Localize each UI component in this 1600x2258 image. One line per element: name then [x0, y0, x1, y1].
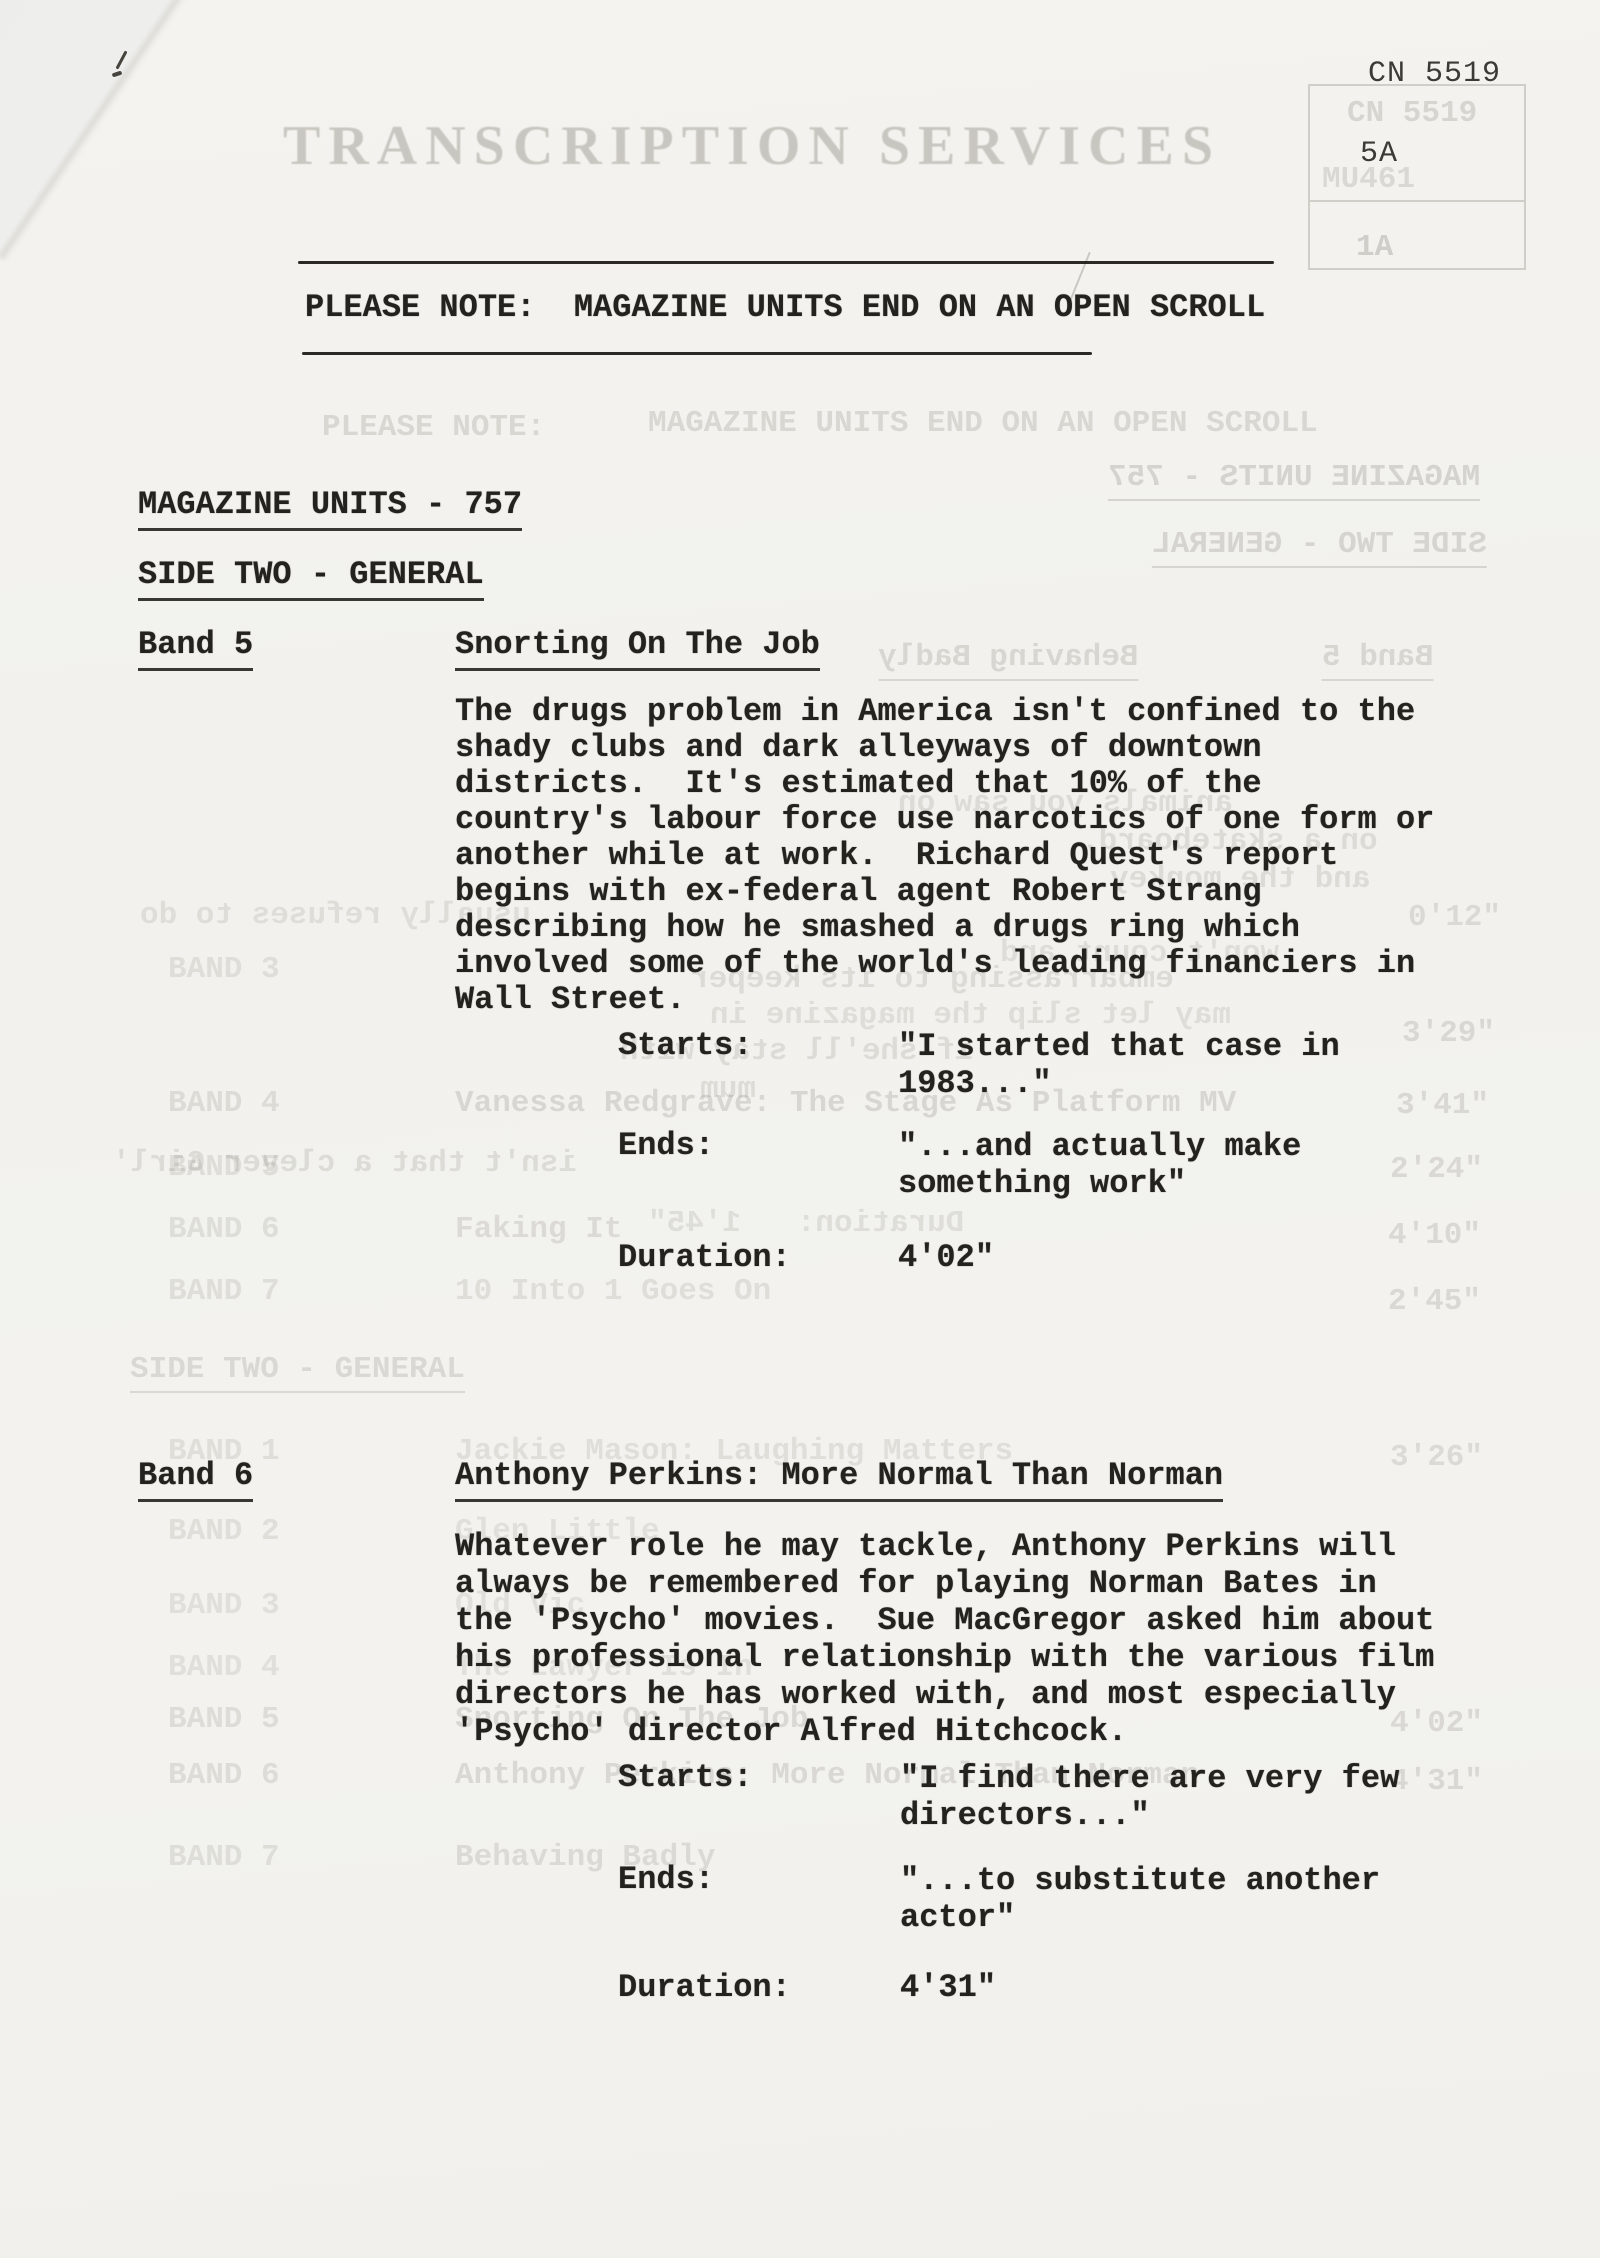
notice-rule-top — [298, 261, 1274, 264]
band5-description: The drugs problem in America isn't confi… — [455, 694, 1434, 1018]
ghost-text: Faking It — [455, 1212, 622, 1247]
ghost-text: BAND 6 — [168, 1758, 280, 1793]
band5-duration-label: Duration: — [618, 1240, 791, 1276]
ghost-text: MAGAZINE UNITS - 757 — [1108, 460, 1480, 501]
ghost-text: BAND 6 — [168, 1212, 280, 1247]
ghost-text: BAND 2 — [168, 1514, 280, 1549]
ghost-text: BAND 3 — [168, 952, 280, 987]
reference-number: CN 5519 — [1368, 56, 1501, 92]
ghost-text: BAND 5 — [168, 1150, 280, 1185]
ghost-text: 1A — [1356, 230, 1393, 265]
band5-ends-value: "...and actually make something work" — [898, 1128, 1301, 1202]
ghost-text: 3'41" — [1396, 1088, 1489, 1123]
band6-ends-value: "...to substitute another actor" — [900, 1862, 1380, 1936]
band5-starts-label: Starts: — [618, 1028, 752, 1064]
band6-description: Whatever role he may tackle, Anthony Per… — [455, 1528, 1434, 1750]
ghost-text: 4'10" — [1388, 1218, 1481, 1253]
ghost-text: 2'45" — [1388, 1284, 1481, 1319]
ghost-text: BAND 7 — [168, 1274, 280, 1309]
ghost-text: 2'24" — [1390, 1152, 1483, 1187]
scanned-document-page: TRANSCRIPTION SERVICES CN 5519MU4611APLE… — [0, 0, 1600, 2258]
ghost-text: MAGAZINE UNITS END ON AN OPEN SCROLL — [648, 406, 1318, 441]
ghost-text: Behaving Badly — [878, 640, 1138, 681]
ghost-text: PLEASE NOTE: — [322, 410, 545, 445]
band6-duration-label: Duration: — [618, 1970, 791, 2006]
document-subtitle: SIDE TWO - GENERAL — [138, 557, 484, 593]
ghost-text: BAND 7 — [168, 1840, 280, 1875]
band5-title: Snorting On The Job — [455, 627, 820, 663]
page-code: 5A — [1360, 136, 1398, 172]
band6-title: Anthony Perkins: More Normal Than Norman — [455, 1458, 1223, 1494]
band5-duration-value: 4'02" — [898, 1240, 994, 1276]
band5-starts-value: "I started that case in 1983..." — [898, 1028, 1340, 1102]
ghost-letterhead: TRANSCRIPTION SERVICES — [283, 114, 1221, 178]
band6-starts-value: "I find there are very few directors..." — [900, 1760, 1399, 1834]
ghost-text: 4'31" — [1390, 1764, 1483, 1799]
ghost-text: 3'26" — [1390, 1440, 1483, 1475]
notice-text: PLEASE NOTE: MAGAZINE UNITS END ON AN OP… — [305, 290, 1265, 326]
notice-rule-bottom — [302, 352, 1092, 355]
band6-ends-label: Ends: — [618, 1862, 714, 1898]
ghost-text: CN 5519 — [1347, 96, 1477, 131]
ghost-text: SIDE TWO - GENERAL — [1152, 527, 1487, 568]
ghost-text: BAND 4 — [168, 1650, 280, 1685]
band6-starts-label: Starts: — [618, 1760, 752, 1796]
ghost-text: Duration: 1'45" — [648, 1206, 964, 1241]
ghost-text: Band 5 — [1322, 640, 1434, 681]
band6-duration-value: 4'31" — [900, 1970, 996, 2006]
band6-label: Band 6 — [138, 1458, 253, 1494]
ghost-text: SIDE TWO - GENERAL — [130, 1352, 465, 1393]
band5-label: Band 5 — [138, 627, 253, 663]
ghost-text: BAND 4 — [168, 1086, 280, 1121]
ghost-text: 10 Into 1 Goes On — [455, 1274, 771, 1309]
ghost-text: BAND 5 — [168, 1702, 280, 1737]
band5-ends-label: Ends: — [618, 1128, 714, 1164]
ghost-text: 3'29" — [1402, 1016, 1495, 1051]
ghost-text: BAND 3 — [168, 1588, 280, 1623]
document-title: MAGAZINE UNITS - 757 — [138, 487, 522, 523]
